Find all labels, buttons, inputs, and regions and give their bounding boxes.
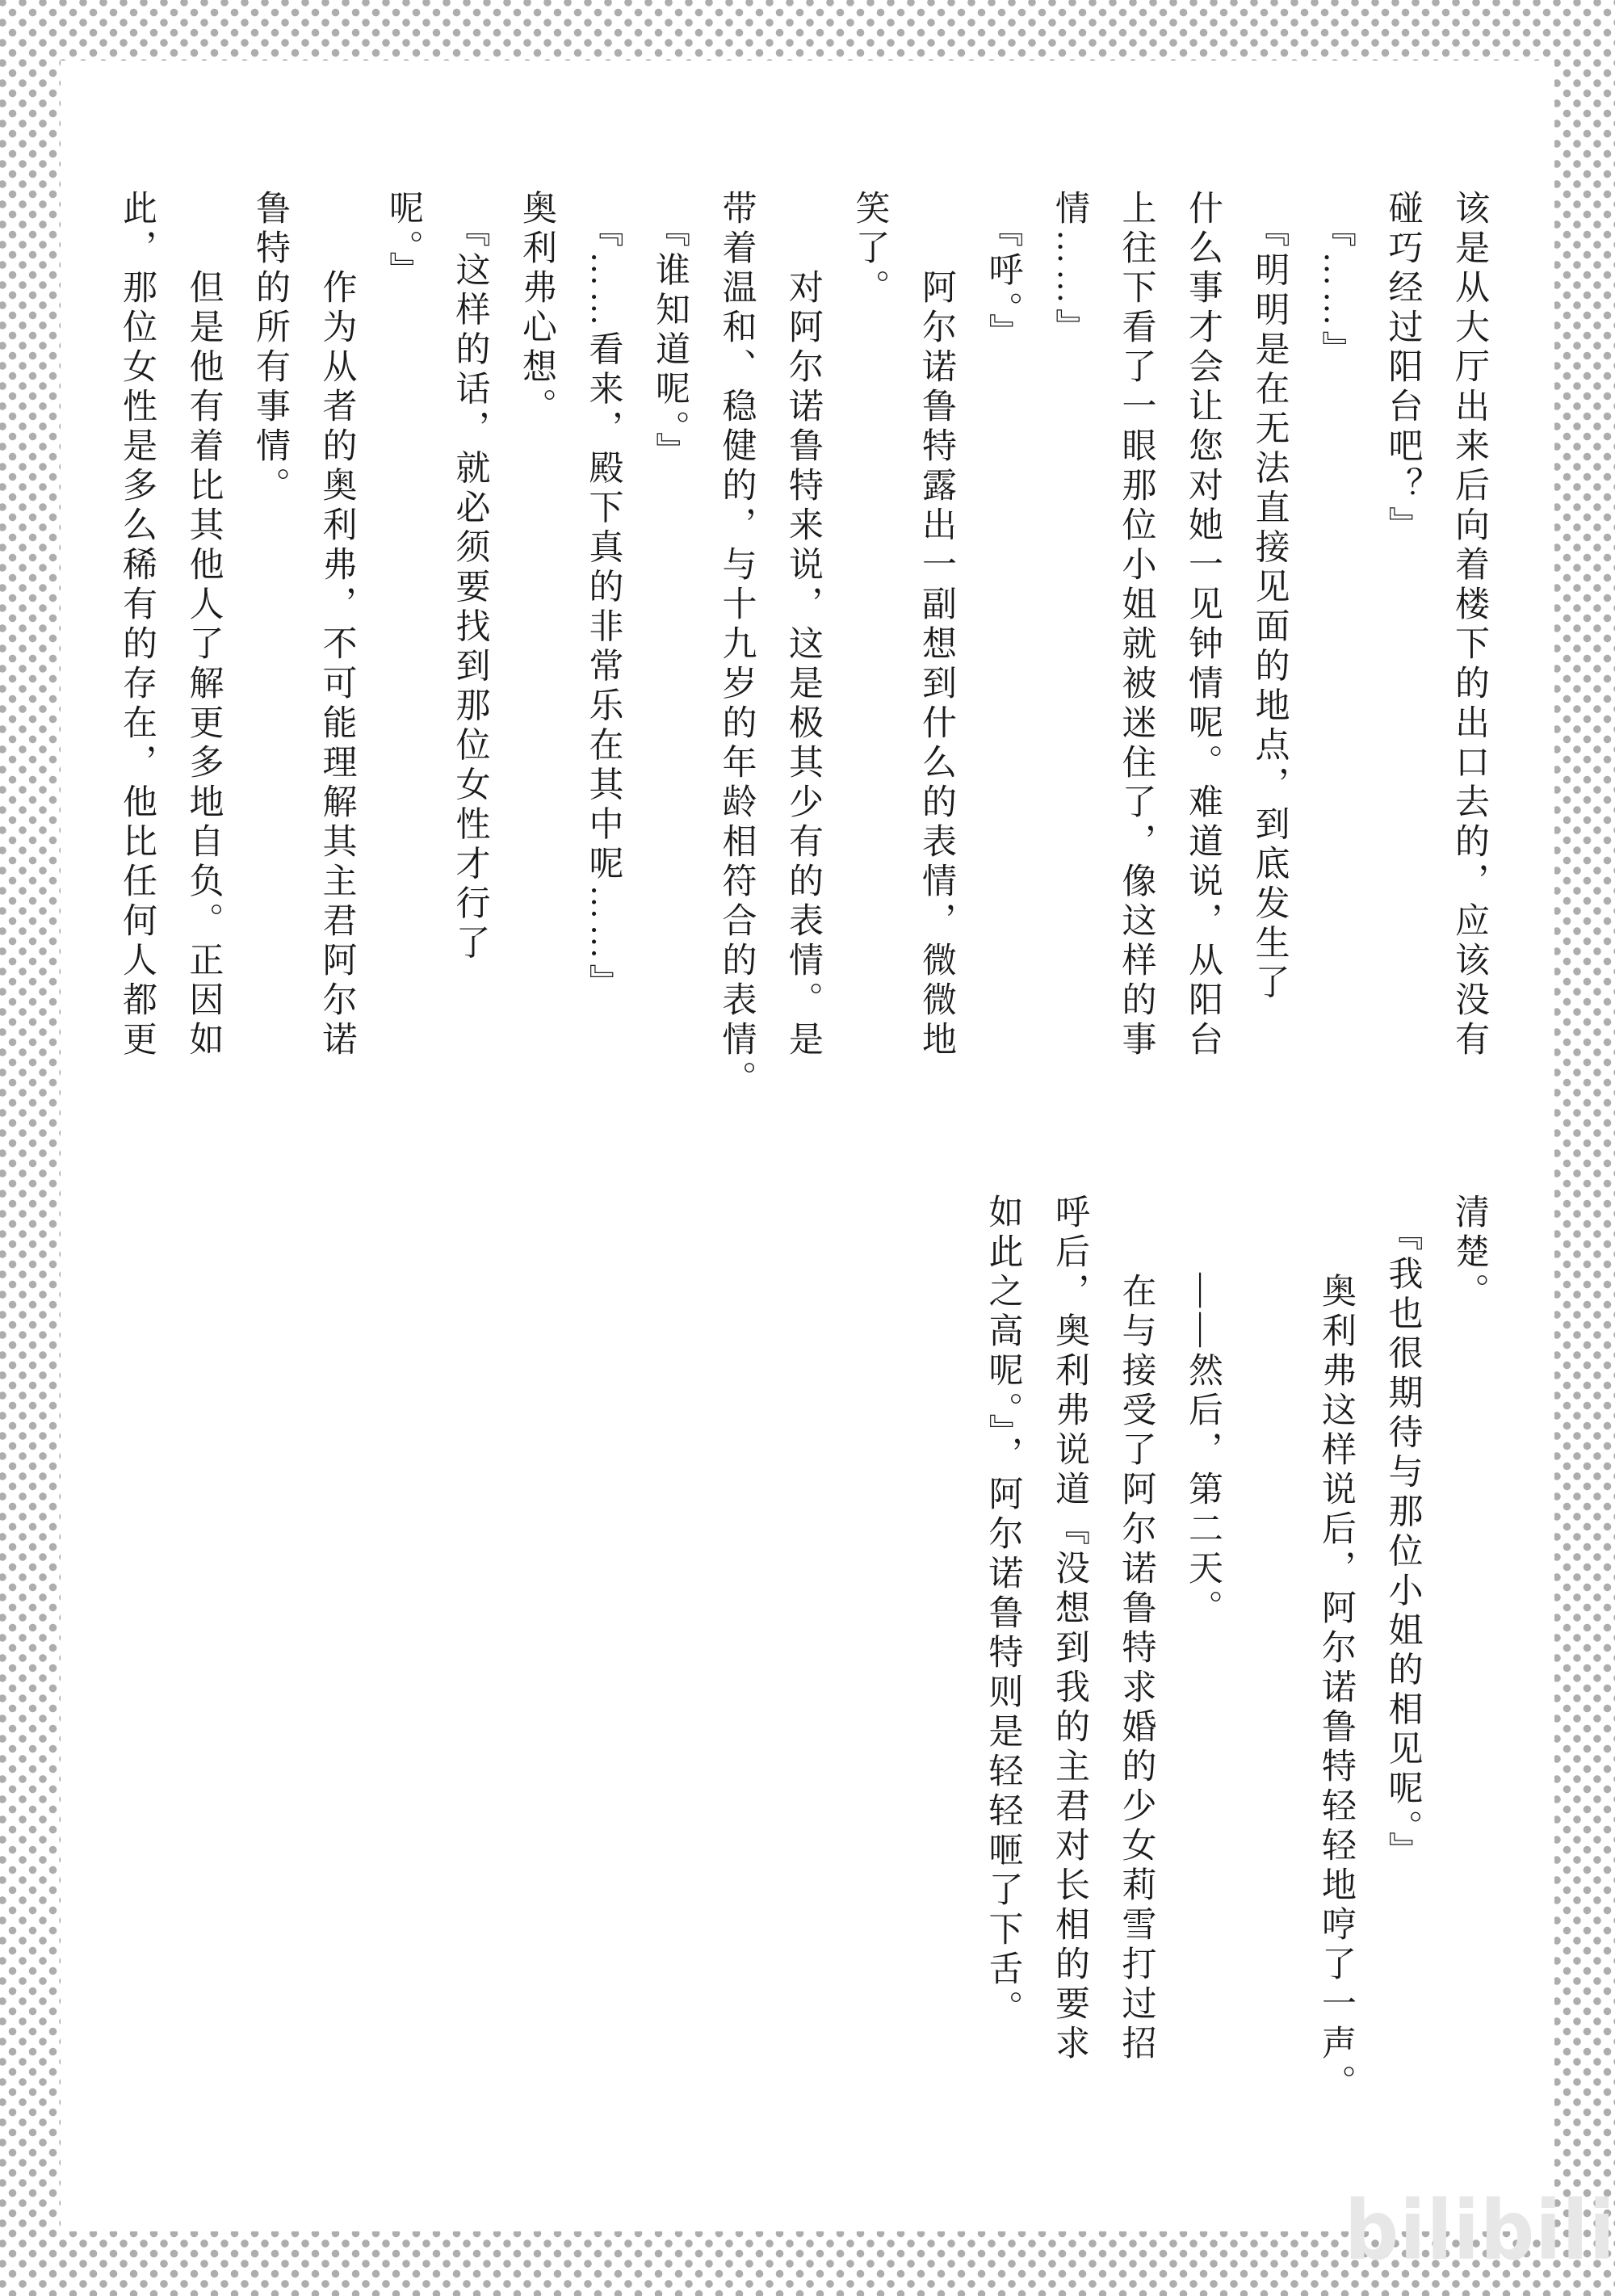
text-band-bottom: 清楚。 『我也很期待与那位小姐的相见呢。』 奥利弗这样说后，阿尔诺鲁特轻轻地哼了… — [969, 1194, 1502, 2064]
text-column: 情……』 — [1036, 190, 1103, 1060]
text-band-top: 该是从大厅出来后向着楼下的出口去的，应该没有碰巧经过阳台吧？』 『……』 『明明… — [103, 190, 1503, 1060]
bilibili-watermark: bilibili 漫 画 — [1344, 2164, 1615, 2269]
text-column: 如此之高呢。』，阿尔诺鲁特则是轻轻咂了下舌。 — [969, 1194, 1036, 2064]
text-column: 呢。』 — [370, 190, 437, 1060]
reader-page: { "page": { "background_color": "#ffffff… — [0, 0, 1615, 2296]
bilibili-logo-text: bilibili — [1344, 2194, 1615, 2269]
text-column: 作为从者的奥利弗，不可能理解其主君阿尔诺 — [303, 190, 370, 1060]
text-column: 碰巧经过阳台吧？』 — [1369, 190, 1436, 1060]
text-column: 笑了。 — [836, 190, 903, 1060]
text-column: 上往下看了一眼那位小姐就被迷住了，像这样的事 — [1102, 190, 1169, 1060]
text-column: 但是他有着比其他人了解更多地自负。正因如 — [170, 190, 237, 1060]
text-column: 鲁特的所有事情。 — [237, 190, 304, 1060]
text-column: 带着温和、稳健的，与十九岁的年龄相符合的表情。 — [703, 190, 770, 1060]
text-column: 此，那位女性是多么稀有的存在，他比任何人都更 — [103, 190, 170, 1060]
text-column: 『明明是在无法直接见面的地点，到底发生了 — [1235, 190, 1302, 1060]
text-column: 『呼。』 — [969, 190, 1036, 1060]
text-column: 『谁知道呢。』 — [636, 190, 703, 1060]
text-column: 奥利弗心想。 — [503, 190, 570, 1060]
text-column: 该是从大厅出来后向着楼下的出口去的，应该没有 — [1436, 190, 1503, 1060]
text-column: 『……』 — [1302, 190, 1370, 1060]
text-column: 什么事才会让您对她一见钟情呢。难道说，从阳台 — [1169, 190, 1236, 1060]
text-column: 『……看来，殿下真的非常乐在其中呢……』 — [569, 190, 636, 1060]
text-column: 『这样的话，就必须要找到那位女性才行了 — [436, 190, 503, 1060]
text-column: 清楚。 — [1436, 1194, 1503, 2064]
text-column — [1235, 1194, 1302, 2064]
text-column: 对阿尔诺鲁特来说，这是极其少有的表情。是 — [770, 190, 837, 1060]
text-column: 阿尔诺鲁特露出一副想到什么的表情，微微地 — [903, 190, 970, 1060]
text-column: ——然后，第二天。 — [1169, 1194, 1236, 2064]
text-column: 奥利弗这样说后，阿尔诺鲁特轻轻地哼了一声。 — [1302, 1194, 1370, 2064]
text-column: 呼后，奥利弗说道『没想到我的主君对长相的要求 — [1036, 1194, 1103, 2064]
text-column: 『我也很期待与那位小姐的相见呢。』 — [1369, 1194, 1436, 2064]
text-column: 在与接受了阿尔诺鲁特求婚的少女莉雪打过招 — [1102, 1194, 1169, 2064]
